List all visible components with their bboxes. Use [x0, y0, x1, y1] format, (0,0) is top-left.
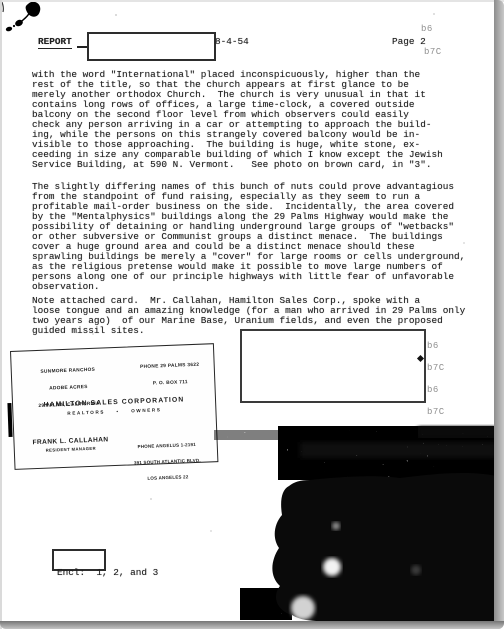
photo-smudge-area [0, 420, 504, 621]
dark-streak [300, 442, 496, 458]
redaction-box-large [240, 329, 426, 403]
report-date: 8-4-54 [215, 37, 249, 47]
photo-white-spot [323, 558, 341, 576]
enclosure-note: Encl: 1, 2, and 3 [57, 568, 158, 578]
body-paragraph-2: The slightly differing names of this bun… [32, 182, 465, 292]
exemption-code-b7c: b7C [424, 47, 442, 57]
card-phone-box: PHONE 29 PALMS 3622 P. O. BOX 711 [127, 350, 213, 400]
body-paragraph-1: with the word "International" placed inc… [32, 70, 443, 170]
photo-white-spot [411, 565, 421, 575]
redaction-box-name [87, 32, 216, 61]
exemption-code-b6: b6 [421, 24, 433, 34]
scanned-document-page: REPORT 8-4-54 Page 2 b6 b7C with the wor… [0, 0, 504, 629]
exemption-code-b7c: b7C [427, 363, 445, 385]
ink-blot [0, 0, 60, 40]
dark-streak [418, 426, 496, 438]
photo-white-spot [332, 522, 340, 530]
frame-edge-right [494, 0, 504, 629]
report-label: REPORT [38, 37, 72, 49]
card-ranch-line: SUNMORE RANCHOS [24, 367, 112, 376]
frame-edge-left [0, 0, 2, 629]
card-phone-line: PHONE 29 PALMS 3622 [128, 362, 212, 371]
photo-white-spot [291, 596, 315, 620]
card-phone-line: P. O. BOX 711 [128, 379, 212, 388]
frame-edge-top [0, 0, 504, 2]
frame-edge-bottom [0, 621, 504, 629]
page-number: Page 2 [392, 37, 426, 47]
exemption-code-b6: b6 [427, 385, 445, 407]
exemption-code-b6: b6 [427, 341, 445, 363]
exemption-code-column: b6 b7C b6 b7C [427, 341, 445, 429]
card-ranch-line: ADOBE ACRES [24, 384, 112, 393]
